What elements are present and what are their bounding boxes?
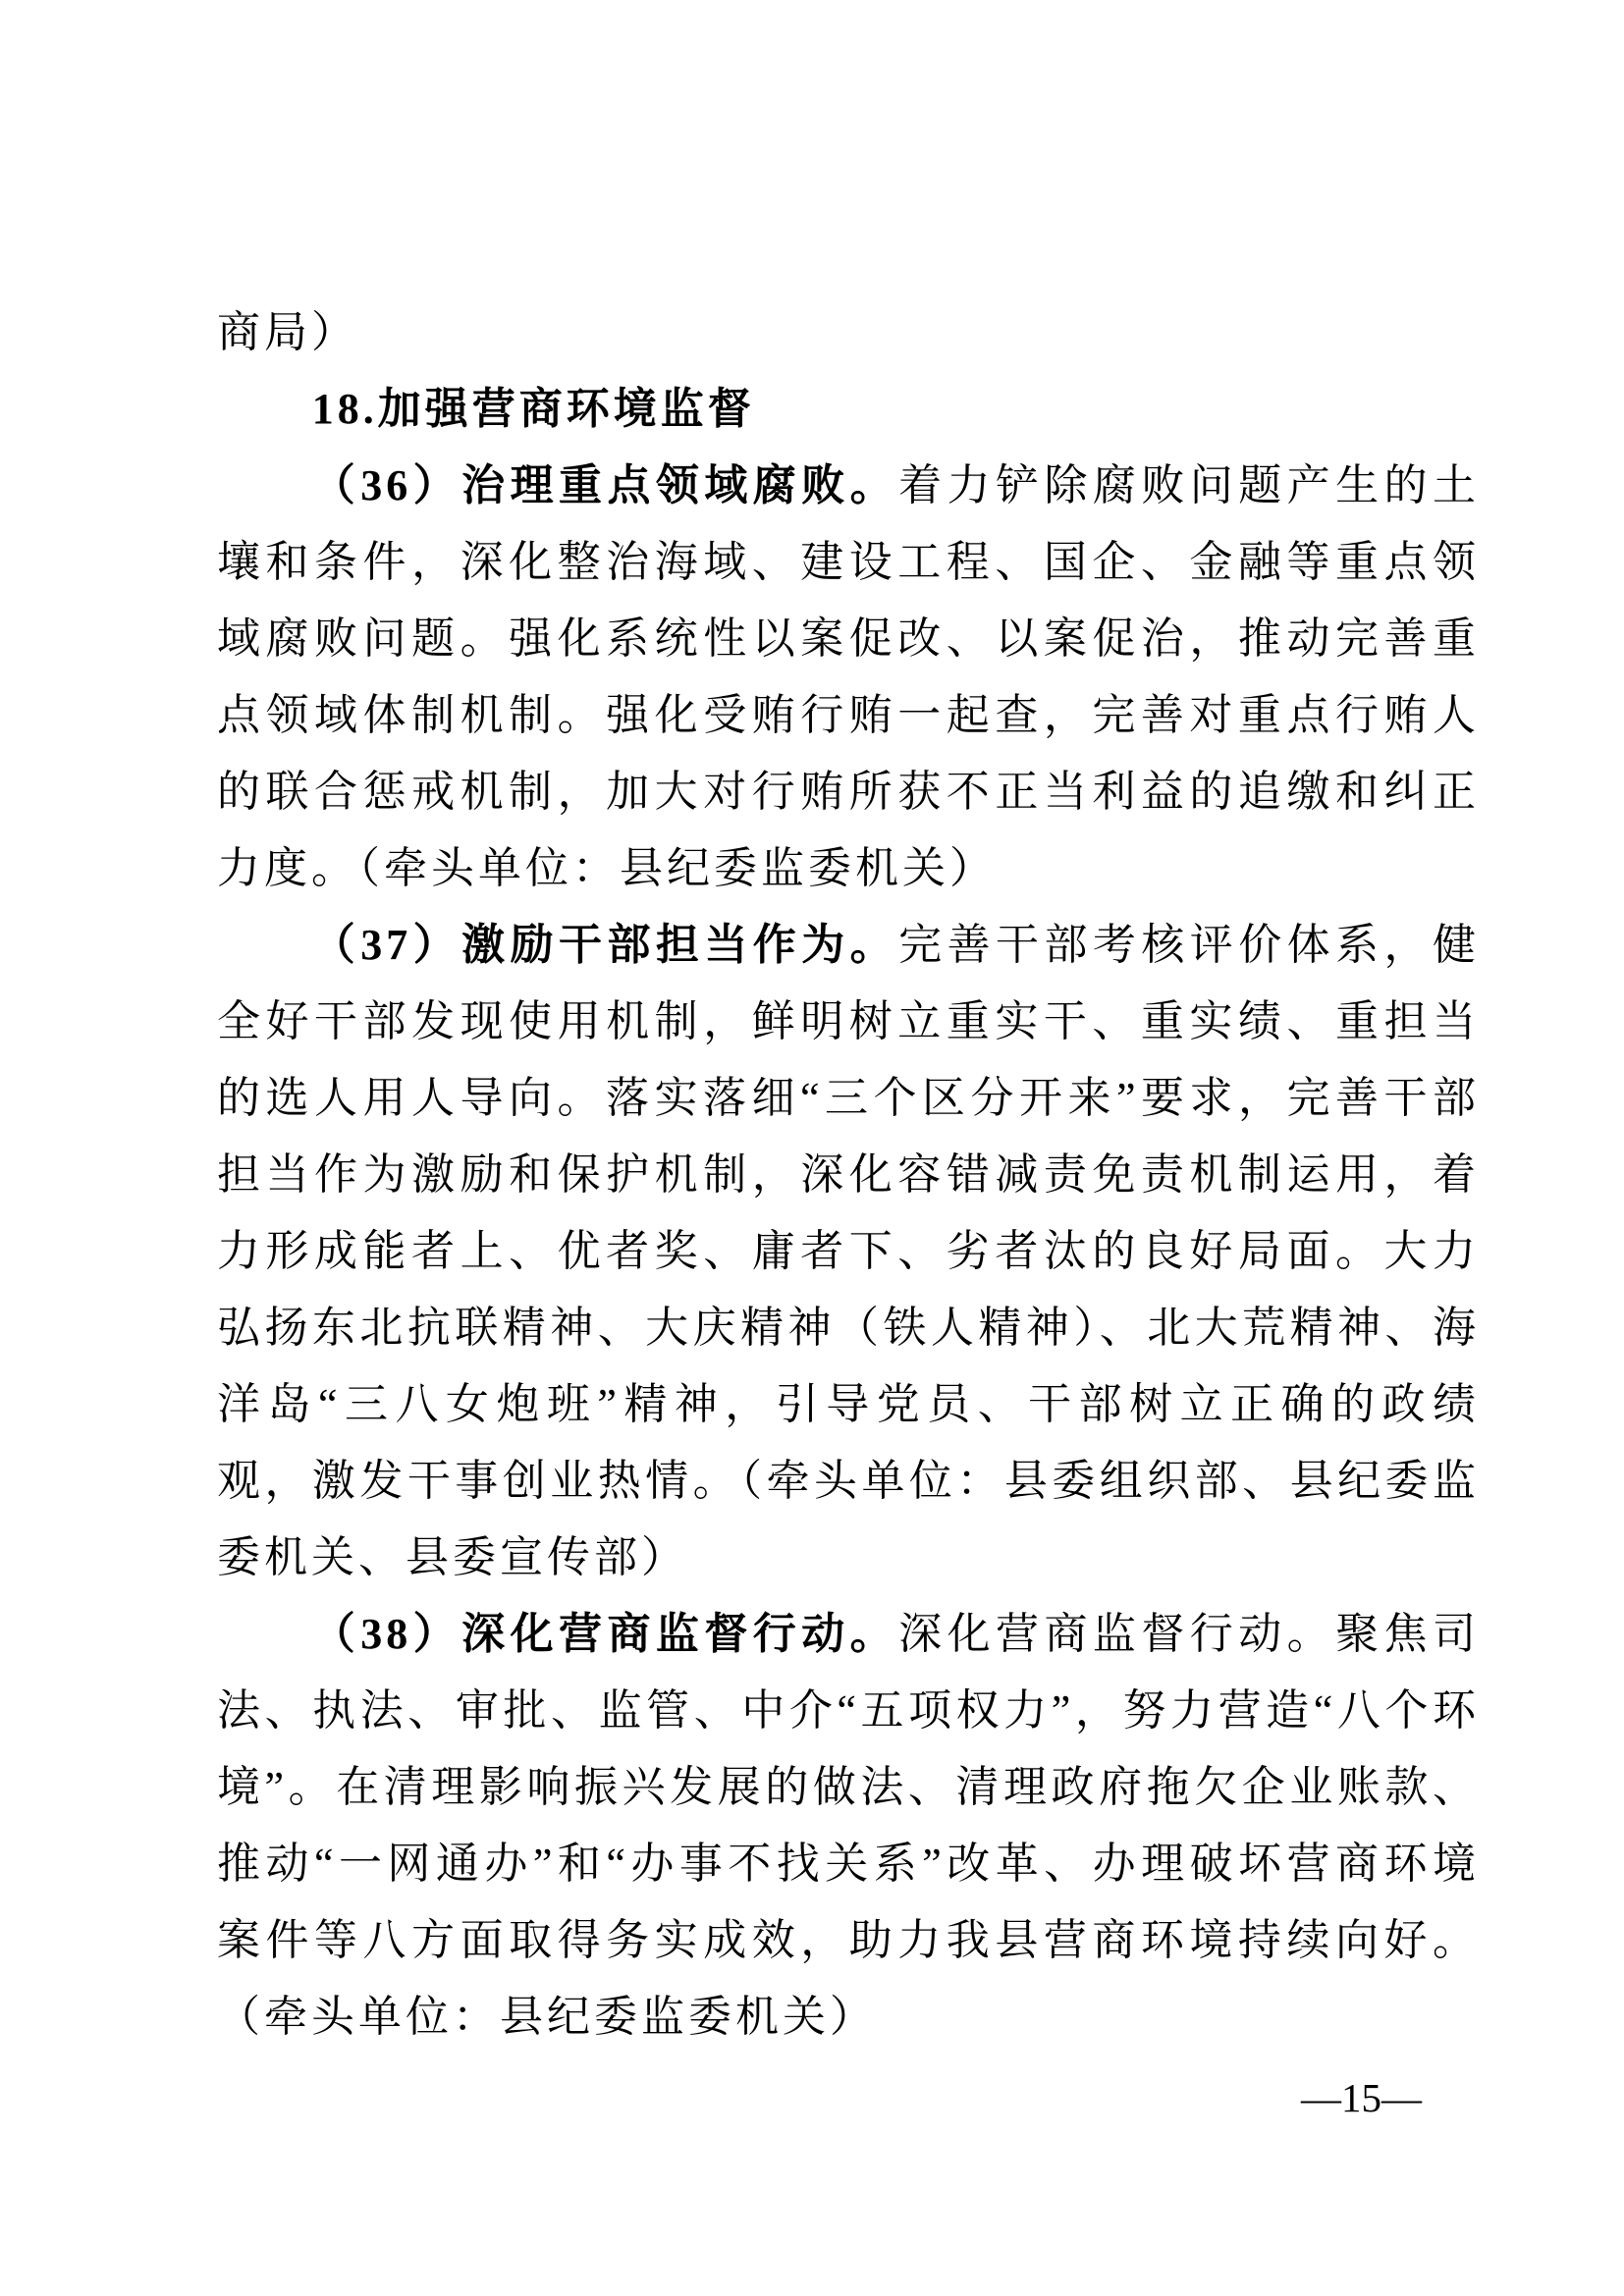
page-number: —15— [1301, 2073, 1422, 2122]
policy-item-38: （38）深化营商监督行动。深化营商监督行动。聚焦司法、执法、审批、监管、中介“五… [217, 1596, 1480, 2056]
policy-item-36: （36）治理重点领域腐败。着力铲除腐败问题产生的土壤和条件，深化整治海域、建设工… [217, 448, 1480, 907]
section-heading: 18.加强营商环境监督 [217, 371, 1480, 448]
policy-item-37: （37）激励干部担当作为。完善干部考核评价体系，健全好干部发现使用机制，鲜明树立… [217, 907, 1480, 1596]
policy-item-38-lead: （38）深化营商监督行动。 [312, 1610, 898, 1658]
policy-item-37-body: 完善干部考核评价体系，健全好干部发现使用机制，鲜明树立重实干、重实绩、重担当的选… [217, 921, 1480, 1581]
policy-item-38-body: 深化营商监督行动。聚焦司法、执法、审批、监管、中介“五项权力”，努力营造“八个环… [217, 1610, 1480, 2041]
document-body: 商局） 18.加强营商环境监督 （36）治理重点领域腐败。着力铲除腐败问题产生的… [217, 294, 1480, 2056]
policy-item-37-lead: （37）激励干部担当作为。 [312, 921, 898, 969]
paragraph-continuation: 商局） [217, 294, 1480, 371]
policy-item-36-lead: （36）治理重点领域腐败。 [312, 461, 898, 509]
policy-item-36-body: 着力铲除腐败问题产生的土壤和条件，深化整治海域、建设工程、国企、金融等重点领域腐… [217, 461, 1480, 892]
document-page: 商局） 18.加强营商环境监督 （36）治理重点领域腐败。着力铲除腐败问题产生的… [0, 0, 1624, 2296]
